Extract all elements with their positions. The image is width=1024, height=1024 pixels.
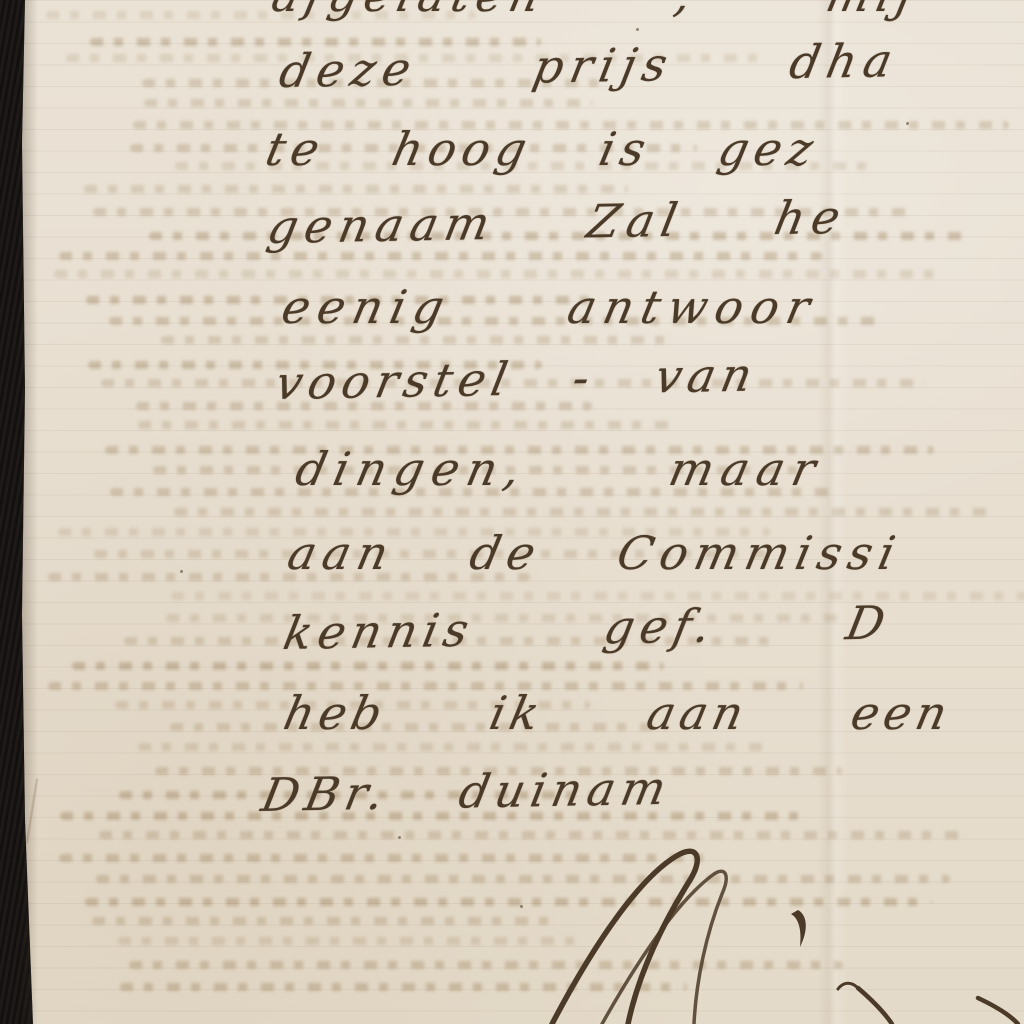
ink-speck <box>398 836 401 839</box>
ink-speck <box>520 905 523 908</box>
bleed-row <box>118 937 587 945</box>
handwritten-line-6: voorstel - van <box>272 352 762 406</box>
bleed-row <box>84 185 628 193</box>
signature-flourish-icon <box>540 842 1024 1024</box>
manuscript-scan: afgelaten , mij deze prijs dha te hoog i… <box>0 0 1024 1024</box>
bleed-row <box>92 917 552 925</box>
bleed-row <box>138 421 671 429</box>
handwritten-line-3: te hoog is gez <box>262 126 823 172</box>
bleed-row <box>144 99 592 107</box>
handwritten-line-11: DBr. duinam <box>258 765 676 818</box>
ink-speck <box>906 122 909 125</box>
paper-hairline-crack <box>26 778 38 844</box>
handwritten-line-2: deze prijs dha <box>276 37 903 94</box>
handwritten-line-7: dingen, maar <box>292 446 828 492</box>
bleed-row <box>59 252 822 260</box>
bleed-row <box>54 270 947 278</box>
ink-speck <box>180 570 183 573</box>
bleed-row <box>72 662 665 670</box>
ink-speck <box>636 28 639 31</box>
handwritten-line-9: kennis gef. D <box>280 599 895 656</box>
handwritten-line-5: eenig antwoor <box>278 284 822 330</box>
bleed-row <box>174 508 987 516</box>
bleed-row <box>138 743 770 751</box>
bleed-row <box>161 336 677 344</box>
handwritten-line-10: heb ik aan een te <box>280 690 1024 736</box>
bleed-row <box>171 592 1024 600</box>
handwritten-line-1: afgelaten , mij <box>268 0 923 18</box>
handwritten-line-4: genaam Zal he <box>264 194 851 250</box>
paper-sheet: afgelaten , mij deze prijs dha te hoog i… <box>0 0 1024 1024</box>
handwritten-line-8: aan de Commissi <box>284 530 906 576</box>
bleed-row <box>99 831 968 839</box>
